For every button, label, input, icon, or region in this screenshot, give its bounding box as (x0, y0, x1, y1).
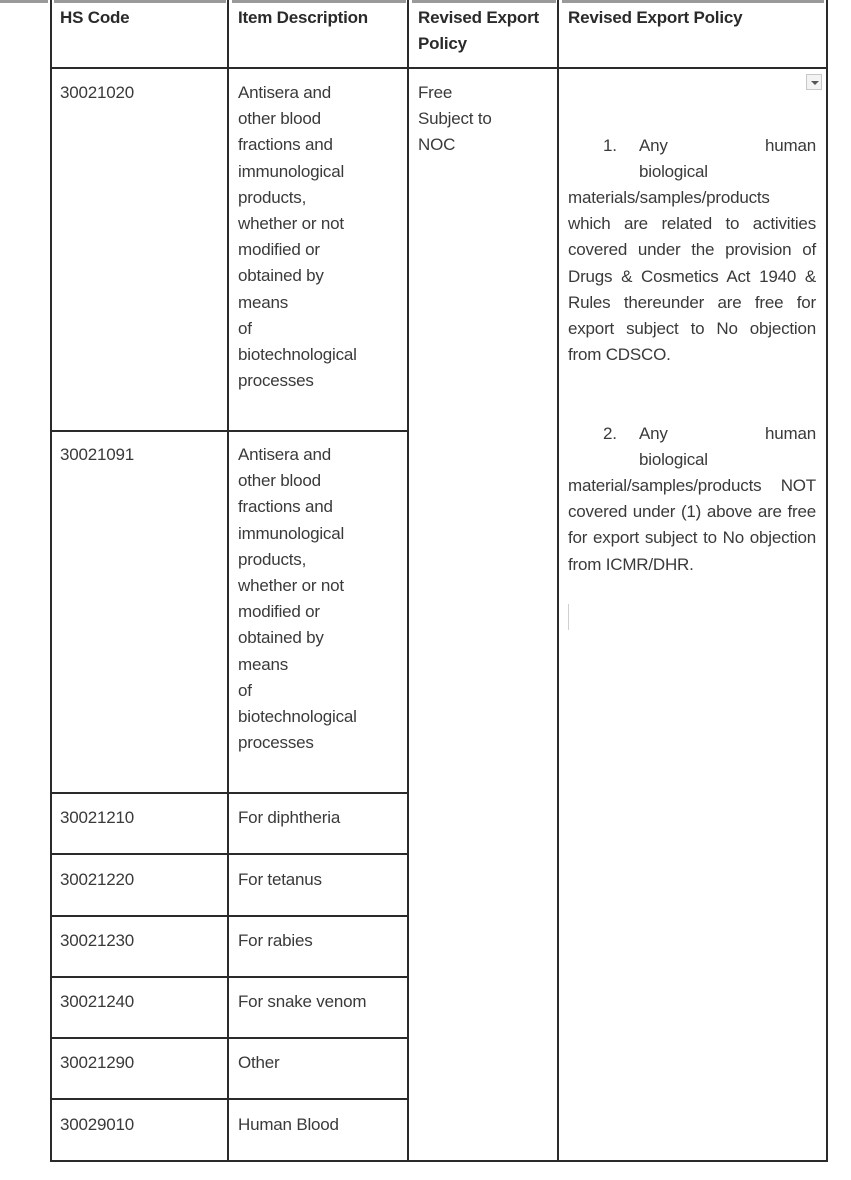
table-row-hs-code: 30021220 (60, 867, 134, 893)
export-policy-value: Free Subject to NOC (418, 80, 492, 159)
list-line: biological (568, 447, 816, 473)
hs-code-table: HS Code Item Description Revised Export … (0, 0, 851, 1180)
table-row-description: For tetanus (238, 867, 322, 893)
table-row-hs-code: 30021230 (60, 928, 134, 954)
table-row-description: For diphtheria (238, 805, 340, 831)
header-hs-code: HS Code (60, 5, 129, 31)
table-row-description: For rabies (238, 928, 313, 954)
text-cursor (568, 604, 569, 630)
header-revised-export-policy: Revised Export Policy (418, 5, 548, 57)
table-row-hs-code: 30029010 (60, 1112, 134, 1138)
condition-text: materials/samples/products which are rel… (568, 185, 816, 368)
list-line: biological (568, 159, 816, 185)
list-line: Any human (639, 421, 816, 447)
table-row-description: For snake venom (238, 989, 366, 1015)
condition-text: material/samples/products NOT covered un… (568, 473, 816, 578)
policy-condition-1: 1. Any human biological materials/sample… (568, 133, 816, 368)
table-row-hs-code: 30021210 (60, 805, 134, 831)
table-row-description: Antisera and other blood fractions and i… (238, 80, 357, 394)
chevron-down-icon[interactable] (806, 74, 822, 90)
table-row-hs-code: 30021240 (60, 989, 134, 1015)
list-number: 1. (603, 133, 617, 159)
header-revised-export-policy-conditions: Revised Export Policy (568, 5, 742, 31)
table-row-description: Human Blood (238, 1112, 339, 1138)
list-number: 2. (603, 421, 617, 447)
table-row-hs-code: 30021091 (60, 442, 134, 468)
policy-condition-2: 2. Any human biological material/samples… (568, 421, 816, 578)
header-item-description: Item Description (238, 5, 368, 31)
table-row-description: Other (238, 1050, 280, 1076)
table-row-hs-code: 30021290 (60, 1050, 134, 1076)
list-line: Any human (639, 133, 816, 159)
table-row-hs-code: 30021020 (60, 80, 134, 106)
table-row-description: Antisera and other blood fractions and i… (238, 442, 357, 756)
